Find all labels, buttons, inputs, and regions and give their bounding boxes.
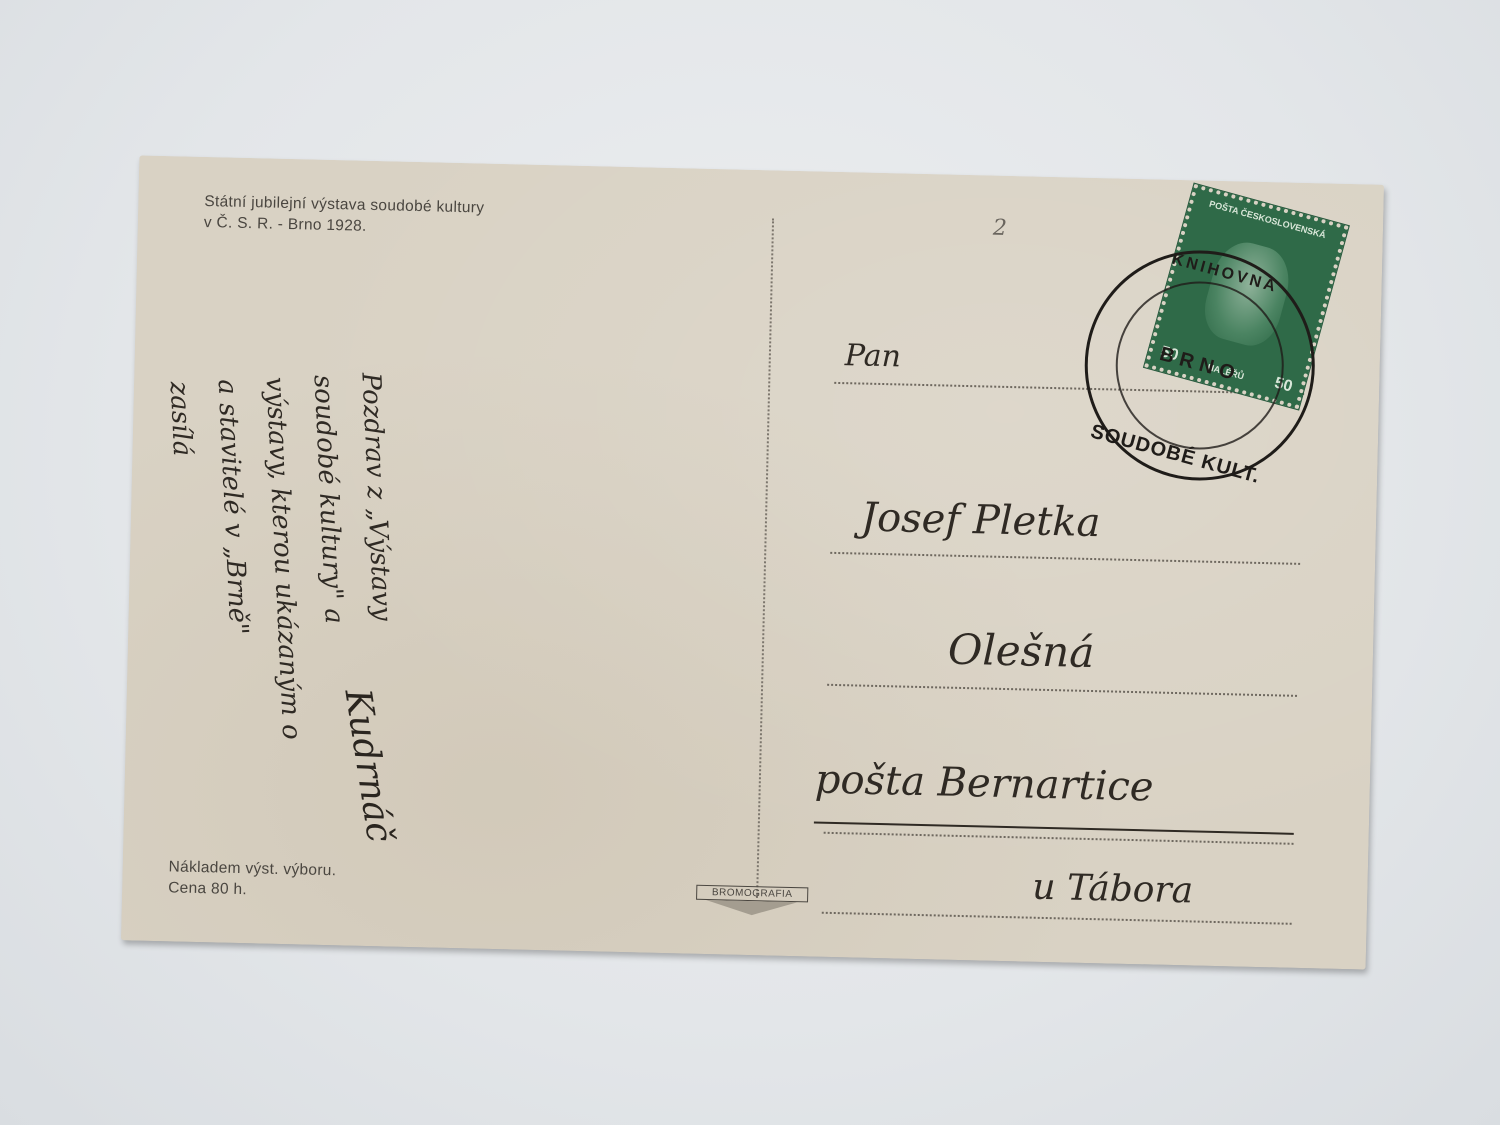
sunburst-icon (706, 900, 798, 916)
address-salutation: Pan (844, 338, 901, 374)
corner-pencil-mark: 2 (993, 216, 1008, 241)
address-village: Olešná (947, 625, 1094, 677)
publisher-info: Nákladem výst. výboru. Cena 80 h. (168, 856, 337, 902)
address-name: Josef Pletka (861, 495, 1101, 547)
printer-logo: BROMOGRAFIA (696, 885, 809, 917)
exhibition-header: Státní jubilejní výstava soudobé kultury… (204, 191, 485, 240)
postcard: Státní jubilejní výstava soudobé kultury… (121, 155, 1384, 969)
price-line: Cena 80 h. (168, 877, 336, 902)
address-line (824, 832, 1294, 845)
address-line (830, 552, 1300, 565)
address-line (827, 684, 1297, 697)
stamp-country: POŠTA ČESKOSLOVENSKÁ (1200, 197, 1334, 244)
address-post-office: pošta Bernartice (814, 757, 1154, 811)
address-line (822, 912, 1292, 925)
center-divider (756, 218, 774, 898)
address-region: u Tábora (1032, 867, 1194, 912)
